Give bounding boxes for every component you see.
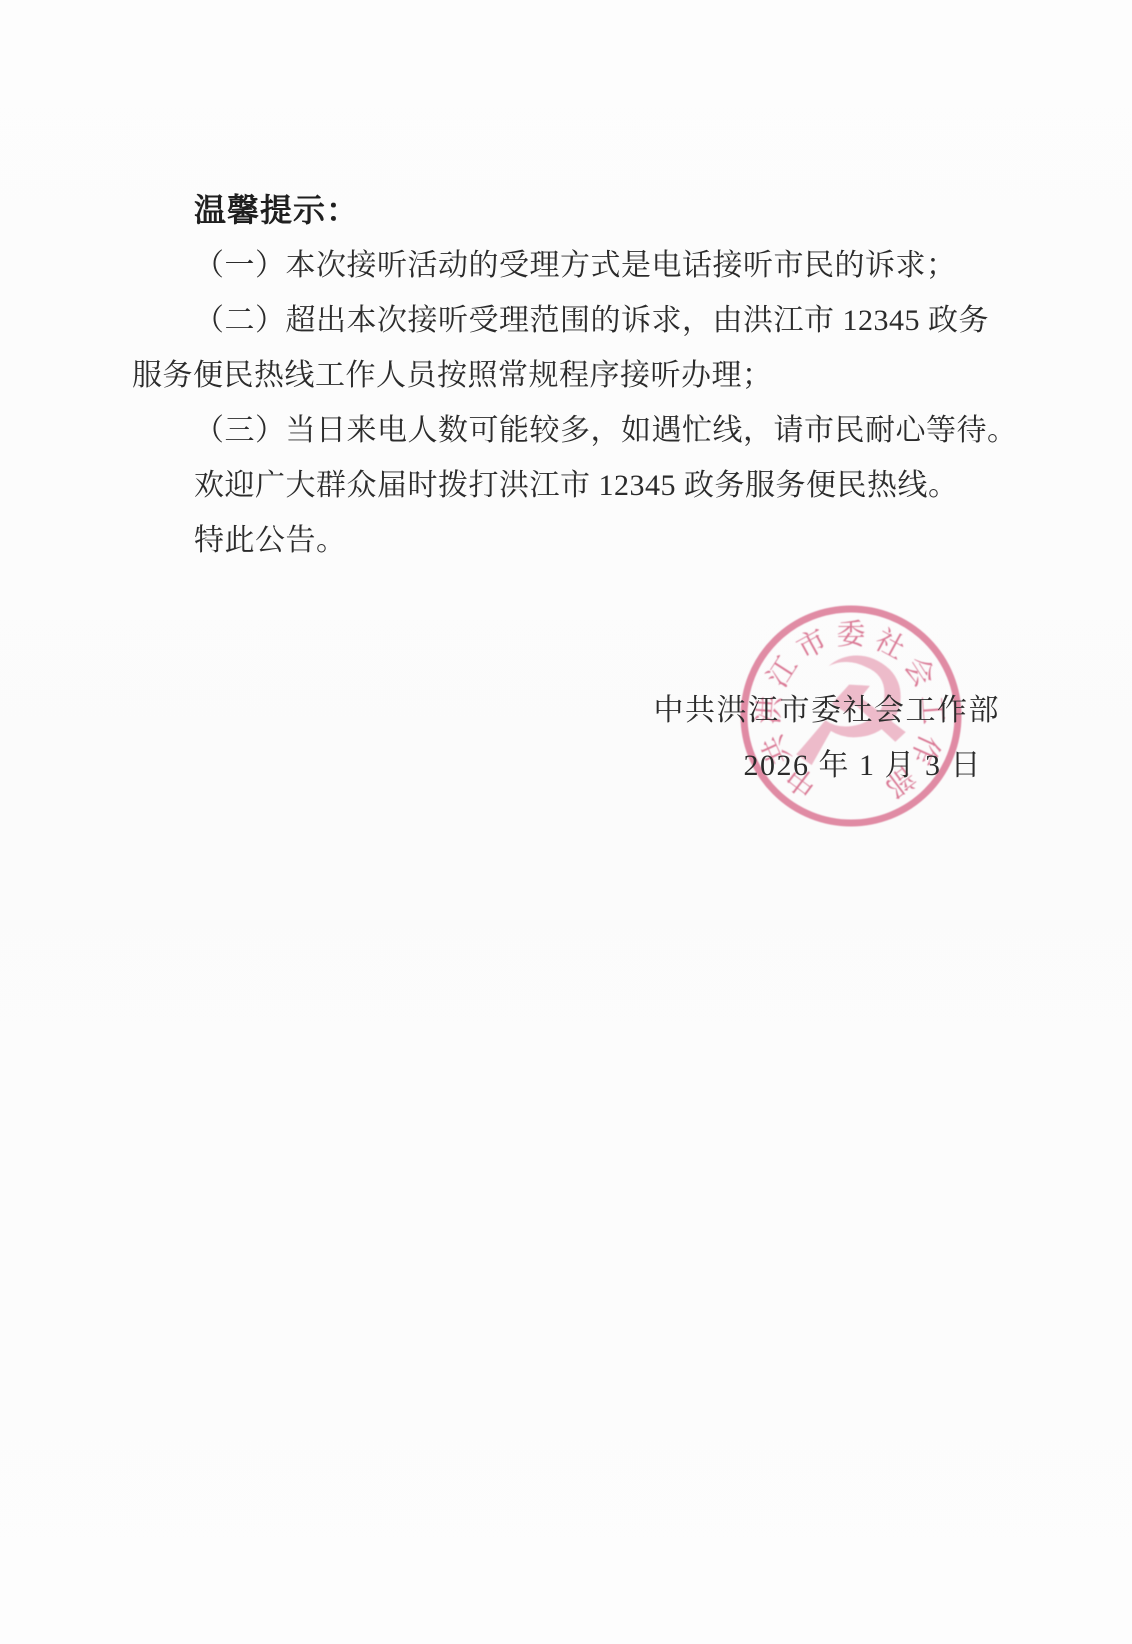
notice-line: 服务便民热线工作人员按照常规程序接听办理； xyxy=(132,348,1000,403)
notice-line: 特此公告。 xyxy=(132,513,1000,568)
notice-content: 温馨提示： （一）本次接听活动的受理方式是电话接听市民的诉求； （二）超出本次接… xyxy=(0,0,1132,1644)
notice-line: （二）超出本次接听受理范围的诉求，由洪江市 12345 政务 xyxy=(132,293,1000,348)
notice-heading: 温馨提示： xyxy=(132,183,1000,238)
signature-org: 中共洪江市委社会工作部 xyxy=(132,683,1000,738)
signature-date: 2026 年 1 月 3 日 xyxy=(132,738,1000,793)
notice-line: （一）本次接听活动的受理方式是电话接听市民的诉求； xyxy=(132,238,1000,293)
scanned-notice-page: 中共洪江市委社会工作部 ☭ 温馨提示： （一）本次接听活动的受理方式是电话接听市… xyxy=(0,0,1132,1644)
notice-line: 欢迎广大群众届时拨打洪江市 12345 政务服务便民热线。 xyxy=(132,458,1000,513)
notice-line: （三）当日来电人数可能较多，如遇忙线，请市民耐心等待。 xyxy=(132,403,1000,458)
